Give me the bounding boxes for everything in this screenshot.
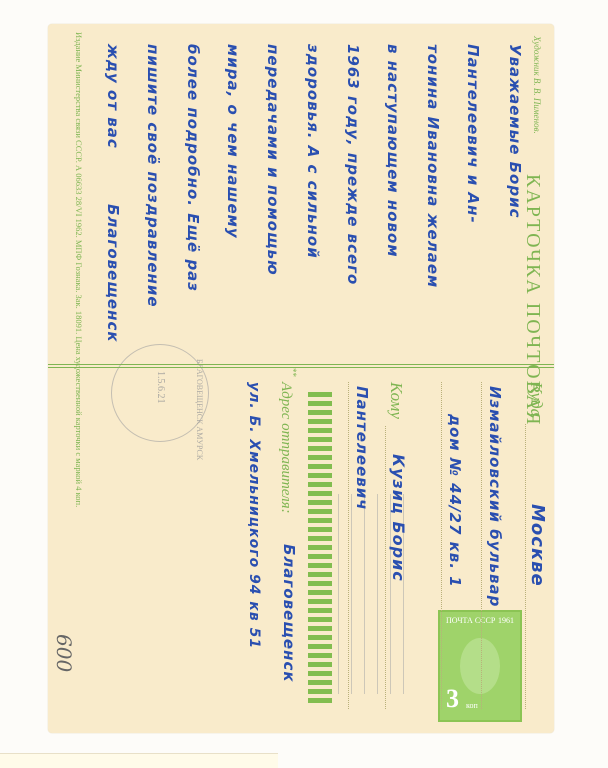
message-line: мира, о чем нашему — [224, 44, 242, 239]
message-line: пишите своё поздравление — [144, 44, 162, 308]
whom-label: Кому — [386, 382, 406, 419]
cancellation-line — [377, 494, 378, 694]
address-line — [441, 382, 442, 709]
stamp-country: ПОЧТА СССР — [446, 616, 495, 625]
message-line: здоровья. А с сильной — [304, 44, 322, 259]
message-line: тонина Ивановна желаем — [424, 44, 442, 288]
sender-street: ул. Б. Хмельницкого 94 кв 51 — [246, 382, 262, 649]
to-label: Куда — [526, 382, 546, 417]
to-street: Измайловский бульвар — [486, 386, 504, 607]
postage-stamp: ПОЧТА СССР 3 коп 1961 — [438, 610, 522, 722]
cancellation-line — [338, 494, 339, 694]
artist-credit: Художник В. В. Пименов. — [532, 36, 542, 134]
to-house: дом № 44/27 кв. 1 — [446, 414, 464, 588]
address-line — [348, 382, 349, 709]
stamp-portrait — [460, 638, 500, 694]
sender-label: Адрес отправителя: — [277, 382, 294, 514]
sender-city: Благовещенск — [280, 544, 298, 683]
marker: ** — [288, 368, 298, 377]
address-line — [385, 426, 386, 709]
cancellation-line — [364, 494, 365, 694]
message-line: 1963 году, прежде всего — [344, 44, 362, 285]
message-line: в наступающем новом — [384, 44, 402, 258]
message-line: жду от вас — [104, 44, 122, 149]
cancellation-line — [351, 494, 352, 694]
to-city: Москве — [527, 504, 548, 587]
divider-line — [48, 364, 554, 368]
postmark-date: 1.5.6.21 — [155, 371, 166, 404]
address-line — [525, 424, 526, 709]
message-line: передачами и помощью — [264, 44, 282, 276]
stamp-year: 1961 — [498, 616, 514, 625]
address-line — [481, 382, 482, 709]
signature: Благовещенск — [104, 204, 122, 343]
stamp-unit: коп — [466, 701, 478, 710]
stamp-value: 3 — [446, 684, 459, 714]
message-line: Пантелеевич и Ан- — [464, 44, 482, 224]
postmark-text: БЛАГОВЕЩЕНСК АМУРСК — [195, 359, 204, 460]
whom-patronymic: Пантелеевич — [353, 386, 371, 511]
publisher-line: Издание Министерства связи СССР. А 06633… — [74, 32, 84, 507]
postmark-circle: БЛАГОВЕЩЕНСК АМУРСК 1.5.6.21 — [111, 344, 209, 442]
paper-strip — [0, 753, 278, 768]
postcard-content: ПОЧТА СССР 3 коп 1961 БЛАГОВЕЩЕНСК АМУРС… — [48, 24, 554, 733]
postcard: ПОЧТА СССР 3 коп 1961 БЛАГОВЕЩЕНСК АМУРС… — [48, 24, 554, 733]
pencil-note: 600 — [52, 634, 76, 672]
whom-name: Кузиц Борис — [389, 454, 408, 582]
message-line: Уважаемые Борис — [506, 44, 524, 219]
postal-index-grid — [308, 392, 332, 704]
message-line: более подробно. Ещё раз — [184, 44, 202, 292]
